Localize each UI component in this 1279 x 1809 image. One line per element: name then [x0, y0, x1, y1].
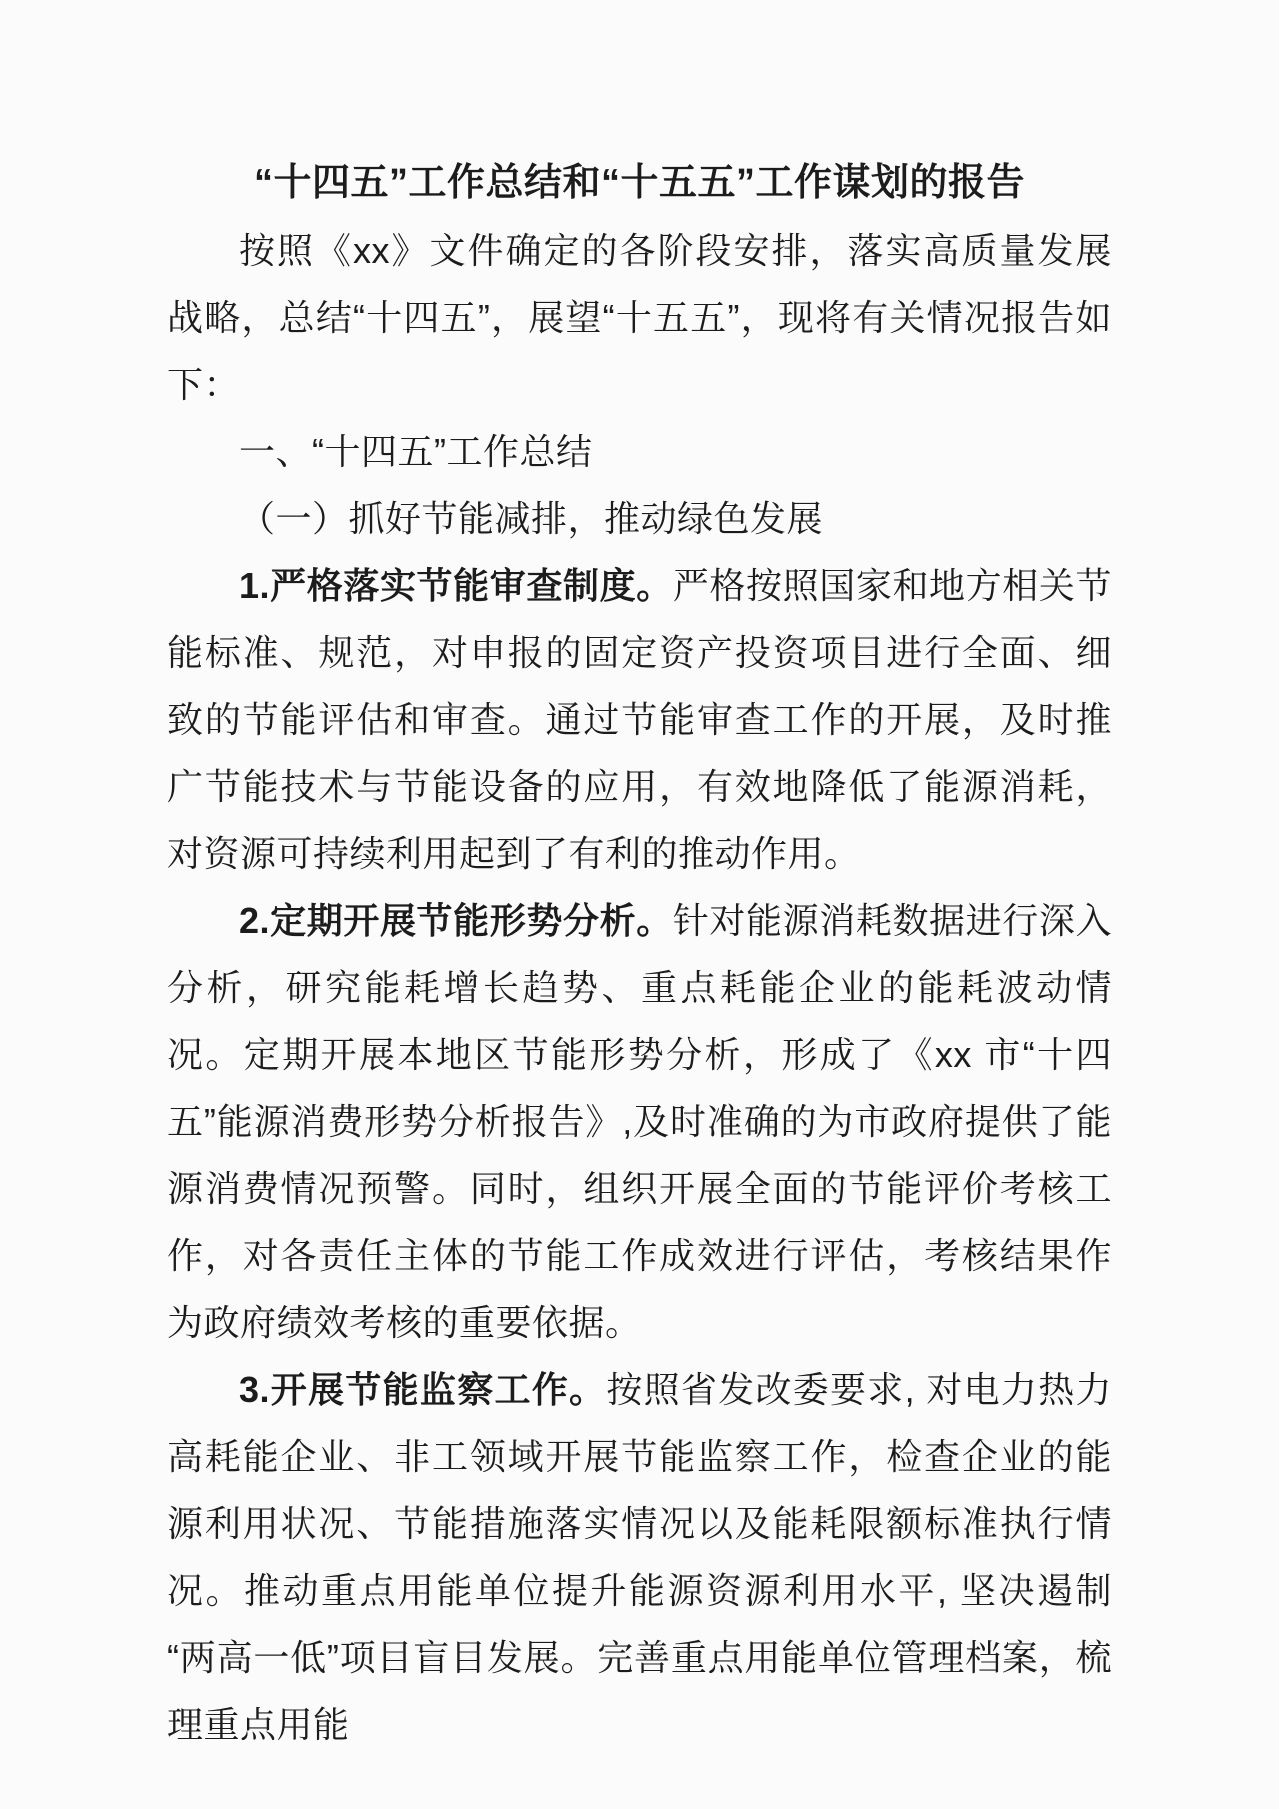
numbered-paragraph-1-lead: 1.严格落实节能审查制度。	[239, 565, 673, 606]
numbered-paragraph-1-text: 严格按照国家和地方相关节能标准、规范，对申报的固定资产投资项目进行全面、细致的节…	[167, 565, 1112, 874]
numbered-paragraph-1: 1.严格落实节能审查制度。严格按照国家和地方相关节能标准、规范，对申报的固定资产…	[167, 552, 1112, 887]
intro-paragraph: 按照《xx》文件确定的各阶段安排，落实高质量发展战略，总结“十四五”，展望“十五…	[167, 217, 1112, 418]
document-page: { "page": { "background": "#fbfbfb", "te…	[0, 0, 1279, 1809]
numbered-paragraph-2: 2.定期开展节能形势分析。针对能源消耗数据进行深入分析，研究能耗增长趋势、重点耗…	[167, 887, 1112, 1356]
subsection-heading-1: （一）抓好节能减排，推动绿色发展	[167, 485, 1112, 552]
numbered-paragraph-2-lead: 2.定期开展节能形势分析。	[239, 900, 673, 941]
numbered-paragraph-3-lead: 3.开展节能监察工作。	[239, 1369, 606, 1410]
numbered-paragraph-3-text: 按照省发改委要求, 对电力热力高耗能企业、非工领域开展节能监察工作，检查企业的能…	[167, 1369, 1112, 1745]
section-heading-1: 一、“十四五”工作总结	[167, 418, 1112, 485]
document-body: “十四五”工作总结和“十五五”工作谋划的报告 按照《xx》文件确定的各阶段安排，…	[167, 0, 1112, 1758]
document-title: “十四五”工作总结和“十五五”工作谋划的报告	[167, 150, 1112, 217]
numbered-paragraph-2-text: 针对能源消耗数据进行深入分析，研究能耗增长趋势、重点耗能企业的能耗波动情况。定期…	[167, 900, 1112, 1343]
numbered-paragraph-3: 3.开展节能监察工作。按照省发改委要求, 对电力热力高耗能企业、非工领域开展节能…	[167, 1356, 1112, 1758]
